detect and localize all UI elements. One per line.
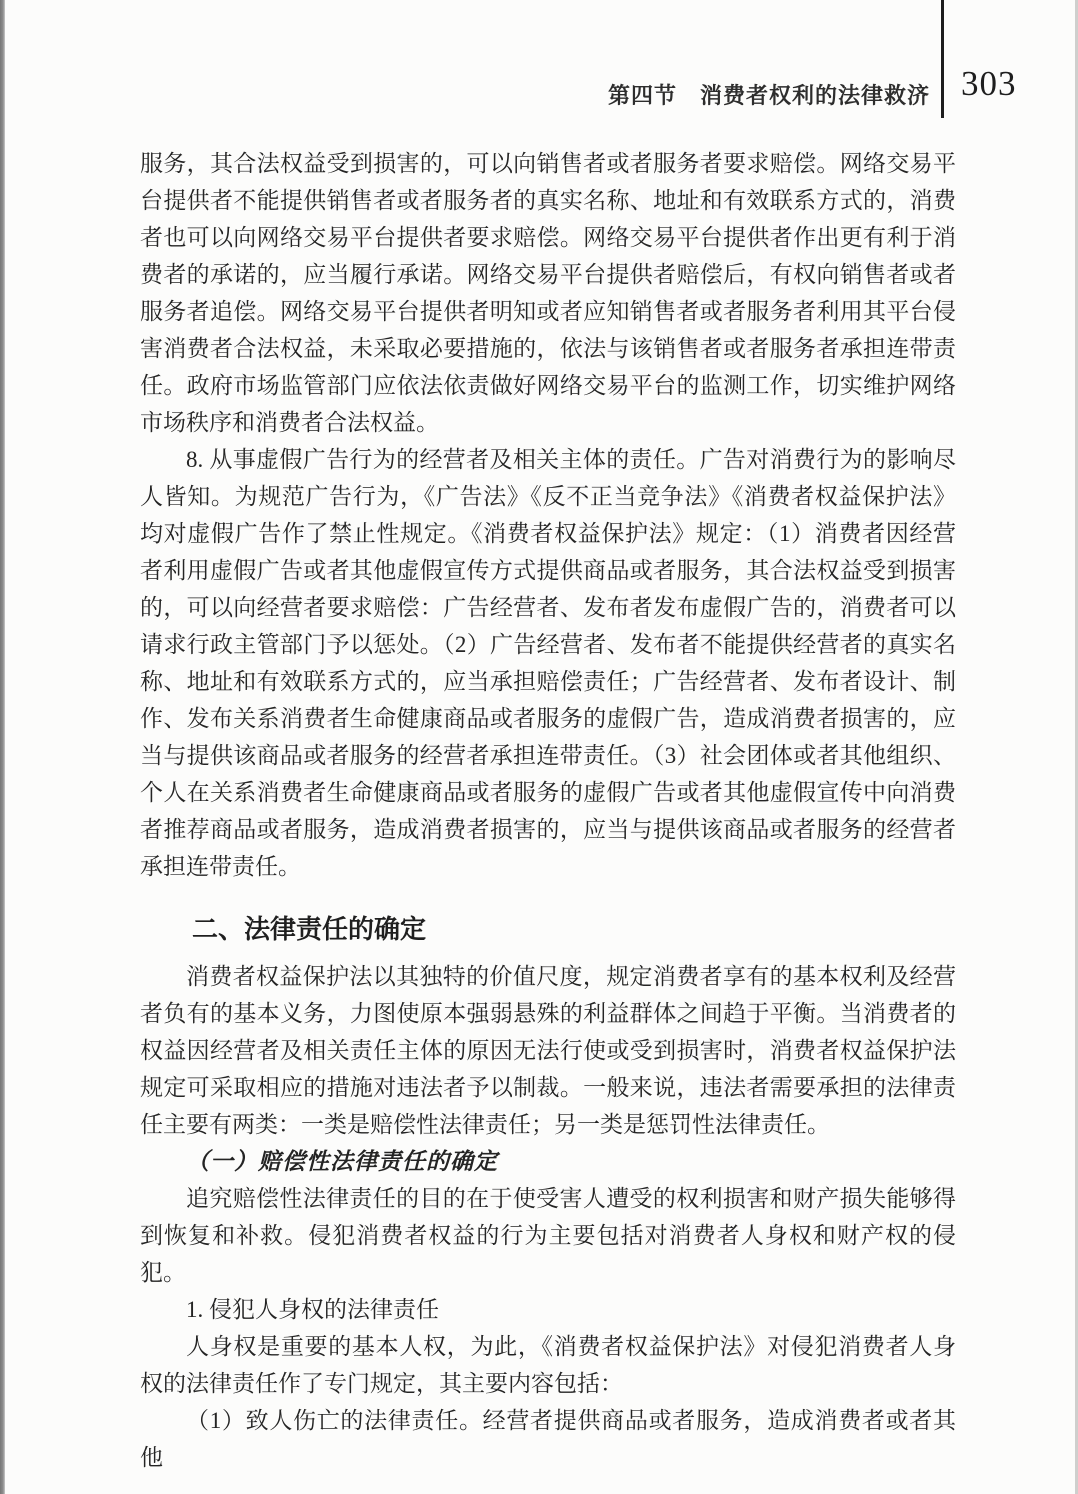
- paragraph-purpose: 追究赔偿性法律责任的目的在于使受害人遭受的权利损害和财产损失能够得到恢复和补救。…: [140, 1180, 956, 1291]
- scan-edge-left: [0, 0, 5, 1494]
- subheading-compensatory-liability: （一）赔偿性法律责任的确定: [140, 1143, 956, 1180]
- page-number: 303: [961, 64, 1017, 104]
- paragraph-casualty-liability: （1）致人伤亡的法律责任。经营者提供商品或者服务，造成消费者或者其他: [140, 1402, 956, 1476]
- header-divider-rule: [941, 0, 944, 118]
- paragraph-continuation: 服务，其合法权益受到损害的，可以向销售者或者服务者要求赔偿。网络交易平台提供者不…: [140, 145, 956, 441]
- paragraph-item-8: 8. 从事虚假广告行为的经营者及相关主体的责任。广告对消费行为的影响尽人皆知。为…: [140, 441, 956, 885]
- header-section-title: 第四节 消费者权利的法律救济: [608, 79, 930, 110]
- section-heading-2: 二、法律责任的确定: [140, 909, 956, 949]
- paragraph-intro: 消费者权益保护法以其独特的价值尺度，规定消费者享有的基本权利及经营者负有的基本义…: [140, 958, 956, 1143]
- paragraph-personal-rights: 人身权是重要的基本人权，为此，《消费者权益保护法》对侵犯消费者人身权的法律责任作…: [140, 1328, 956, 1402]
- book-page: 第四节 消费者权利的法律救济 303 服务，其合法权益受到损害的，可以向销售者或…: [0, 0, 1078, 1494]
- page-body: 服务，其合法权益受到损害的，可以向销售者或者服务者要求赔偿。网络交易平台提供者不…: [140, 145, 956, 1476]
- subheading-personal-rights: 1. 侵犯人身权的法律责任: [140, 1291, 956, 1328]
